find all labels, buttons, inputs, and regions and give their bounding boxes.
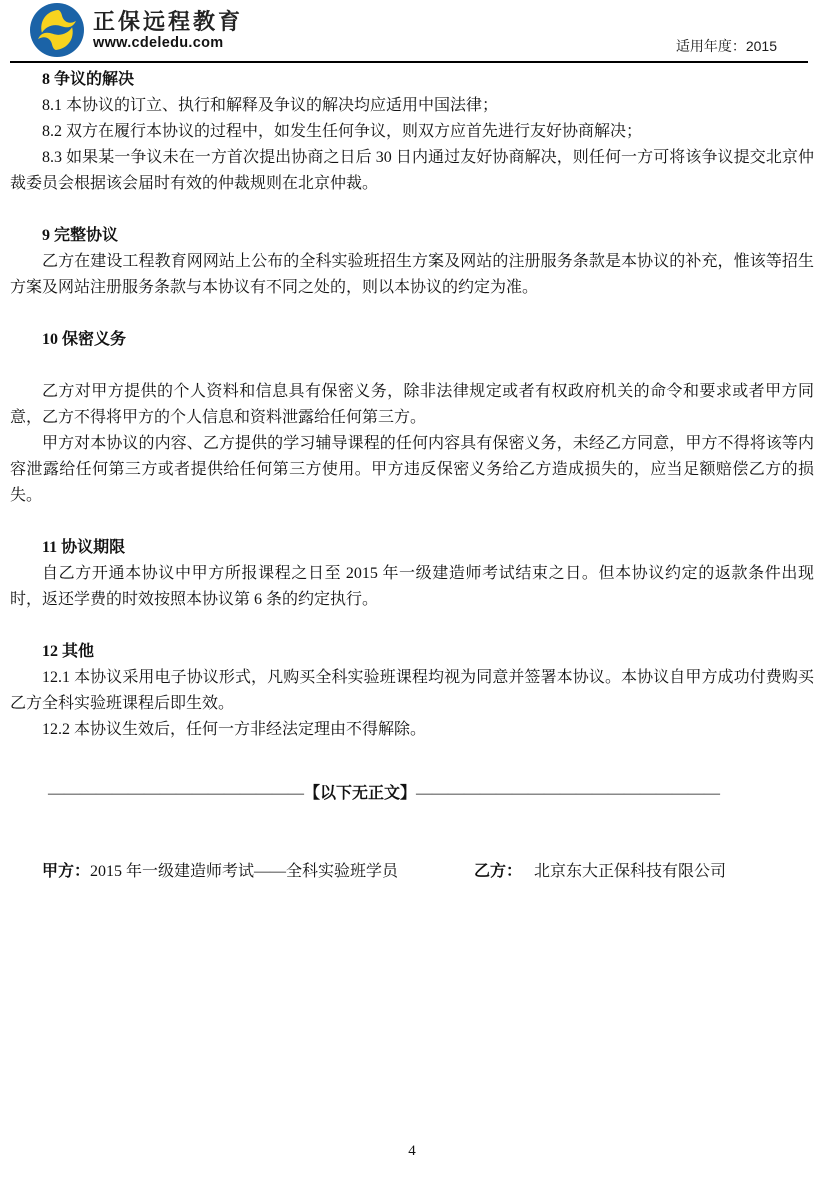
end-marker-right-dashes: ———————————————————	[416, 785, 720, 802]
brand-logo: 正保远程教育 www.cdeledu.com	[30, 3, 243, 57]
page-number: 4	[0, 1143, 824, 1160]
brand-text: 正保远程教育 www.cdeledu.com	[93, 9, 243, 52]
brand-name: 正保远程教育	[93, 9, 243, 35]
clause-9-body: 乙方在建设工程教育网网站上公布的全科实验班招生方案及网站的注册服务条款是本协议的…	[10, 249, 814, 301]
clause-8-3: 8.3 如果某一争议未在一方首次提出协商之日后 30 日内通过友好协商解决，则任…	[10, 145, 814, 197]
parties-line: 甲方：2015 年一级建造师考试——全科实验班学员乙方：北京东大正保科技有限公司	[10, 859, 814, 885]
section-8-dispute-resolution: 8 争议的解决 8.1 本协议的订立、执行和解释及争议的解决均应适用中国法律； …	[10, 67, 814, 197]
clause-12-1: 12.1 本协议采用电子协议形式，凡购买全科实验班课程均视为同意并签署本协议。本…	[10, 665, 814, 717]
brand-url: www.cdeledu.com	[93, 35, 243, 52]
section-9-entire-agreement: 9 完整协议 乙方在建设工程教育网网站上公布的全科实验班招生方案及网站的注册服务…	[10, 223, 814, 301]
clause-10-party-b-duty: 乙方对甲方提供的个人资料和信息具有保密义务，除非法律规定或者有权政府机关的命令和…	[10, 379, 814, 431]
section-heading: 8 争议的解决	[10, 67, 814, 93]
contract-body: 8 争议的解决 8.1 本协议的订立、执行和解释及争议的解决均应适用中国法律； …	[0, 63, 824, 885]
document-page: 正保远程教育 www.cdeledu.com 适用年度：2015 8 争议的解决…	[0, 0, 824, 1178]
page-header: 正保远程教育 www.cdeledu.com 适用年度：2015	[0, 0, 824, 63]
clause-10-party-a-duty: 甲方对本协议的内容、乙方提供的学习辅导课程的任何内容具有保密义务，未经乙方同意，…	[10, 431, 814, 509]
party-b-label: 乙方：	[474, 863, 522, 880]
applicable-year-label: 适用年度：2015	[676, 36, 777, 56]
section-heading: 11 协议期限	[10, 535, 814, 561]
section-10-confidentiality: 10 保密义务 乙方对甲方提供的个人资料和信息具有保密义务，除非法律规定或者有权…	[10, 327, 814, 509]
clause-12-2: 12.2 本协议生效后，任何一方非经法定理由不得解除。	[10, 717, 814, 743]
party-a-label: 甲方：	[42, 863, 90, 880]
section-11-agreement-term: 11 协议期限 自乙方开通本协议中甲方所报课程之日至 2015 年一级建造师考试…	[10, 535, 814, 613]
brand-logo-icon	[30, 3, 84, 57]
end-marker-left-dashes: ————————————————	[48, 785, 304, 802]
party-b-value: 北京东大正保科技有限公司	[534, 863, 726, 880]
clause-8-1: 8.1 本协议的订立、执行和解释及争议的解决均应适用中国法律；	[10, 93, 814, 119]
clause-11-body: 自乙方开通本协议中甲方所报课程之日至 2015 年一级建造师考试结束之日。但本协…	[10, 561, 814, 613]
section-heading: 10 保密义务	[10, 327, 814, 353]
section-heading: 12 其他	[10, 639, 814, 665]
section-12-miscellaneous: 12 其他 12.1 本协议采用电子协议形式，凡购买全科实验班课程均视为同意并签…	[10, 639, 814, 743]
section-heading: 9 完整协议	[10, 223, 814, 249]
clause-8-2: 8.2 双方在履行本协议的过程中，如发生任何争议，则双方应首先进行友好协商解决；	[10, 119, 814, 145]
end-marker-label: 【以下无正文】	[304, 785, 416, 802]
party-a-value: 2015 年一级建造师考试——全科实验班学员	[90, 863, 398, 880]
end-of-text-marker: ————————————————【以下无正文】—————————————————…	[10, 781, 814, 807]
header-divider	[10, 61, 808, 63]
